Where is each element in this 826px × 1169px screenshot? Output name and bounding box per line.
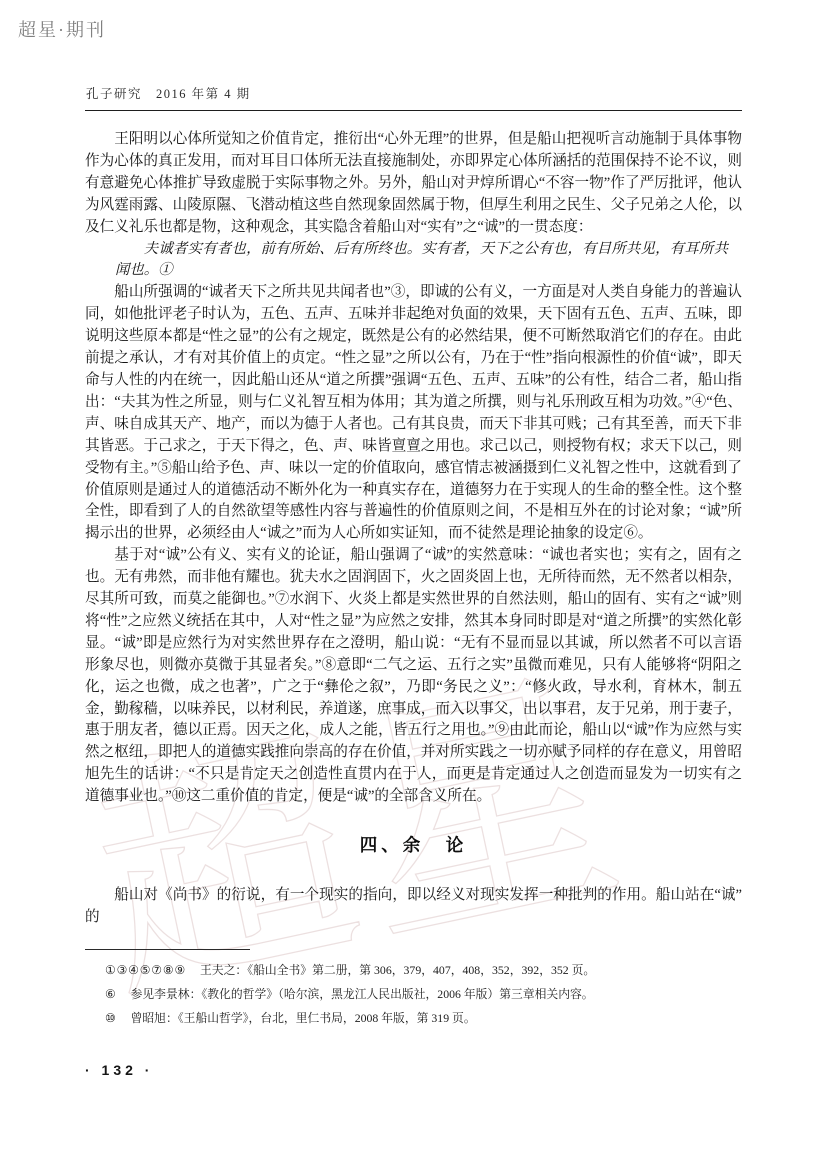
footnote-separator — [85, 949, 250, 950]
page-number: · 132 · — [85, 1062, 153, 1078]
footnote-marker: ⑥ — [105, 987, 117, 1001]
journal-issue-header: 孔子研究 2016 年第 4 期 — [86, 84, 742, 102]
body-paragraph: 船山所强调的“诚者天下之所共见共闻者也”③，即诚的公有义，一方面是对人类自身能力… — [85, 282, 742, 545]
body-paragraph: 王阳明以心体所觉知之价值肯定，推衍出“心外无理”的世界，但是船山把视听言动施制于… — [85, 129, 742, 239]
section-heading: 四、余 论 — [85, 832, 742, 857]
footnote-text: 王夫之：《船山全书》第二册，第 306，379，407，408，352，392，… — [200, 963, 595, 977]
page-sheet: 孔子研究 2016 年第 4 期 王阳明以心体所觉知之价值肯定，推衍出“心外无理… — [85, 84, 742, 1030]
body-paragraph: 船山对《尚书》的衍说，有一个现实的指向，即以经义对现实发挥一种批判的作用。船山站… — [85, 885, 742, 929]
header-rule — [85, 110, 742, 111]
footnote-text: 参见李景林：《教化的哲学》（哈尔滨，黑龙江人民出版社，2006 年版）第三章相关… — [131, 987, 594, 1001]
block-quote: 夫诚者实有者也，前有所始、后有所终也。实有者，天下之公有也，有目所共见，有耳所共… — [115, 239, 728, 283]
footnote-marker: ⑩ — [105, 1011, 117, 1025]
body-paragraph: 基于对“诚”公有义、实有义的论证，船山强调了“诚”的实然意味：“诚也者实也；实有… — [85, 545, 742, 808]
footnote-list: ①③④⑤⑦⑧⑨王夫之：《船山全书》第二册，第 306，379，407，408，3… — [85, 958, 742, 1030]
footnote-item: ⑥参见李景林：《教化的哲学》（哈尔滨，黑龙江人民出版社，2006 年版）第三章相… — [85, 982, 742, 1006]
footnote-marker: ①③④⑤⑦⑧⑨ — [105, 963, 186, 977]
article-body: 王阳明以心体所觉知之价值肯定，推衍出“心外无理”的世界，但是船山把视听言动施制于… — [85, 129, 742, 929]
footnote-item: ①③④⑤⑦⑧⑨王夫之：《船山全书》第二册，第 306，379，407，408，3… — [85, 958, 742, 982]
footnote-item: ⑩曾昭旭：《王船山哲学》，台北，里仁书局，2008 年版，第 319 页。 — [85, 1006, 742, 1030]
footnote-text: 曾昭旭：《王船山哲学》，台北，里仁书局，2008 年版，第 319 页。 — [131, 1011, 476, 1025]
chaoxing-journal-logo: 超星·期刊 — [18, 16, 106, 42]
footnote-block: ①③④⑤⑦⑧⑨王夫之：《船山全书》第二册，第 306，379，407，408，3… — [85, 949, 742, 1030]
